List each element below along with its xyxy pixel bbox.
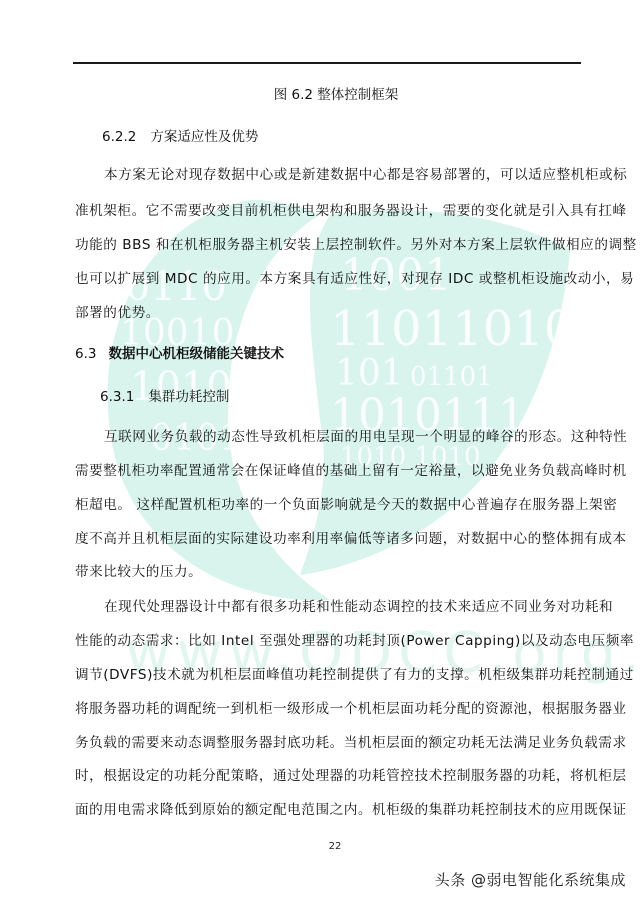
section-number: 6.2.2 [102, 129, 136, 145]
text-line: 本方案无论对现存数据中心或是新建数据中心都是容易部署的，可以适应整机柜或标 [104, 166, 580, 184]
document-page: 图 6.2 整体控制框架 6.2.2方案适应性及优势 本方案无论对现存数据中心或… [0, 0, 640, 905]
section-title: 数据中心机柜级储能关键技术 [108, 346, 284, 362]
section-title: 方案适应性及优势 [150, 129, 258, 145]
text-line: 性能的动态需求：比如 Intel 至强处理器的功耗封顶(Power Cappin… [75, 632, 580, 650]
text-line: 功能的 BBS 和在机柜服务器主机安装上层控制软件。另外对本方案上层软件做相应的… [75, 236, 580, 254]
figure-caption: 图 6.2 整体控制框架 [0, 86, 640, 104]
section-heading-6-3: 6.3数据中心机柜级储能关键技术 [75, 345, 284, 363]
text-line: 也可以扩展到 MDC 的应用。本方案具有适应性好，对现存 IDC 或整机柜设施改… [75, 270, 580, 288]
source-credit-watermark: 头条 @弱电智能化系统集成 [435, 869, 626, 890]
section-title: 集群功耗控制 [148, 389, 229, 405]
text-line: 度不高并且机柜层面的实际建设功率利用率偏低等诸多问题，对数据中心的整体拥有成本 [75, 530, 580, 548]
section-heading-6-2-2: 6.2.2方案适应性及优势 [102, 128, 258, 146]
text-line: 柜超电。 这样配置机柜功率的一个负面影响就是今天的数据中心普遍存在服务器上架密 [75, 496, 580, 514]
page-number: 22 [0, 841, 640, 852]
section-number: 6.3.1 [100, 389, 134, 405]
text-line: 调节(DVFS)技术就为机柜层面峰值功耗控制提供了有力的支撑。机柜级集群功耗控制… [75, 666, 580, 684]
section-number: 6.3 [75, 346, 96, 362]
text-line: 时，根据设定的功耗分配策略，通过处理器的功耗管控技术控制服务器的功耗，将机柜层 [75, 767, 580, 785]
text-line: 带来比较大的压力。 [75, 563, 580, 581]
text-line: 准机架柜。它不需要改变目前机柜供电架构和服务器设计，需要的变化就是引入具有扛峰 [75, 202, 580, 220]
section-heading-6-3-1: 6.3.1集群功耗控制 [100, 388, 229, 406]
header-rule [73, 62, 581, 64]
text-line: 互联网业务负载的动态性导致机柜层面的用电呈现一个明显的峰谷的形态。这种特性 [104, 428, 580, 446]
text-line: 将服务器功耗的调配统一到机柜一级形成一个机柜层面功耗分配的资源池，根据服务器业 [75, 700, 580, 718]
text-line: 务负载的需要来动态调整服务器封底功耗。当机柜层面的额定功耗无法满足业务负载需求 [75, 734, 580, 752]
text-line: 面的用电需求降低到原始的额定配电范围之内。机柜级的集群功耗控制技术的应用既保证 [75, 801, 580, 819]
text-line: 在现代处理器设计中都有很多功耗和性能动态调控的技术来适应不同业务对功耗和 [104, 598, 580, 616]
text-line: 需要整机柜功率配置通常会在保证峰值的基础上留有一定裕量，以避免业务负载高峰时机 [75, 462, 580, 480]
text-line: 部署的优势。 [75, 304, 580, 322]
